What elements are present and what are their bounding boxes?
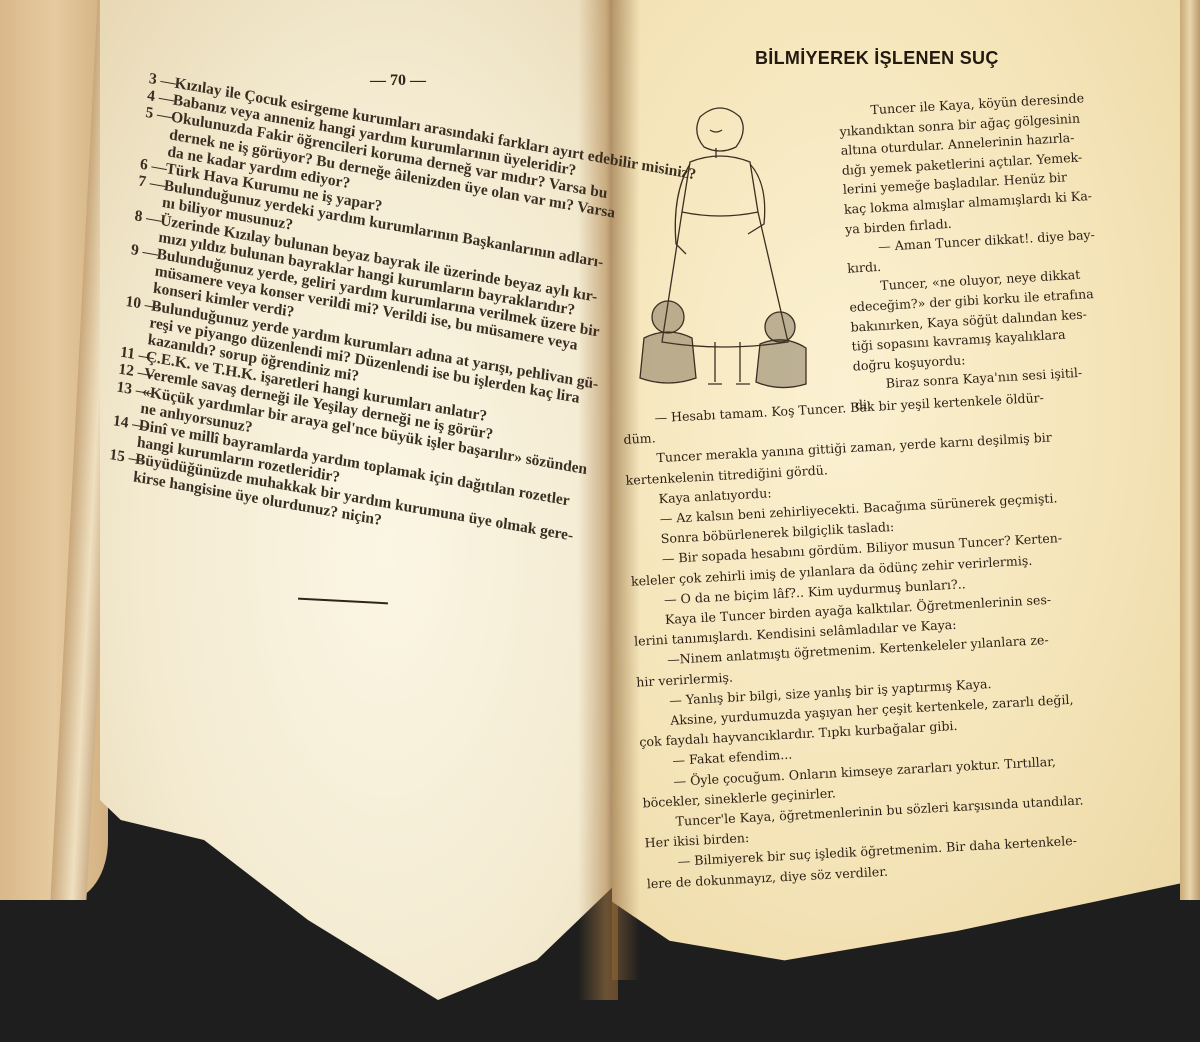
story-title: BİLMİYEREK İŞLENEN SUÇ [755,48,999,69]
boy-right-figure-icon [756,312,806,388]
boy-left-figure-icon [640,301,696,383]
story-text-column: Tuncer ile Kaya, köyün deresindeyıkandık… [838,86,1140,415]
story-text-body: — Hesabı tamam. Koş Tuncer. Bak bir yeşi… [622,384,1147,894]
open-book-photo: — 70 — 3 —Kızılay ile Çocuk esirgeme kur… [0,0,1200,1042]
question-list: 3 —Kızılay ile Çocuk esirgeme kurumları … [107,70,614,562]
story-illustration [620,92,830,392]
right-fore-edge [1180,0,1200,900]
page-number: — 70 — [370,72,426,90]
